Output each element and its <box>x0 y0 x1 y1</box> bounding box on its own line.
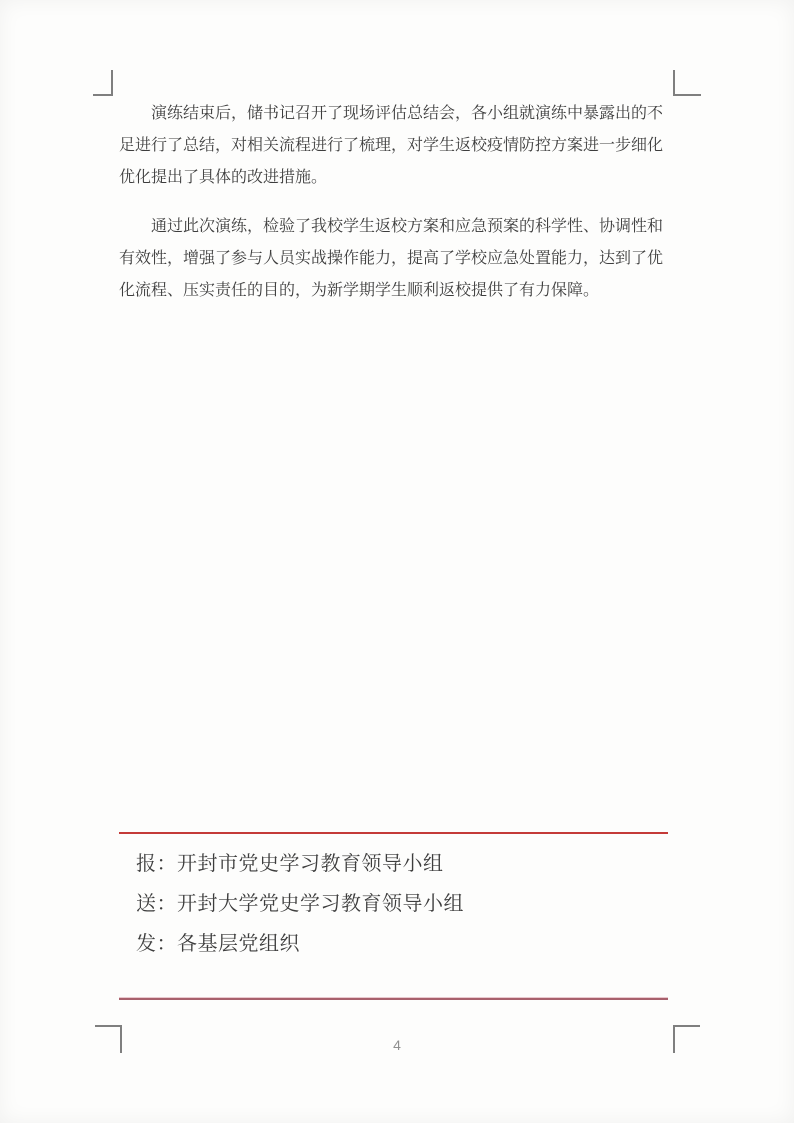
crop-mark-top-left-icon <box>93 70 113 96</box>
page-number: 4 <box>0 1036 794 1054</box>
distribution-rule-bottom <box>119 998 668 1000</box>
distribution-line-song: 送：开封大学党史学习教育领导小组 <box>136 884 464 924</box>
document-page: 演练结束后，储书记召开了现场评估总结会，各小组就演练中暴露出的不足进行了总结，对… <box>0 0 794 1123</box>
body-paragraph-2: 通过此次演练，检验了我校学生返校方案和应急预案的科学性、协调性和有效性，增强了参… <box>119 211 663 307</box>
distribution-block: 报：开封市党史学习教育领导小组 送：开封大学党史学习教育领导小组 发：各基层党组… <box>136 844 464 964</box>
crop-mark-top-right-icon <box>673 70 701 96</box>
document-body: 演练结束后，储书记召开了现场评估总结会，各小组就演练中暴露出的不足进行了总结，对… <box>119 98 663 324</box>
distribution-rule-top <box>119 832 668 834</box>
distribution-line-bao: 报：开封市党史学习教育领导小组 <box>136 844 464 884</box>
body-paragraph-1: 演练结束后，储书记召开了现场评估总结会，各小组就演练中暴露出的不足进行了总结，对… <box>119 98 663 194</box>
distribution-line-fa: 发：各基层党组织 <box>136 924 464 964</box>
